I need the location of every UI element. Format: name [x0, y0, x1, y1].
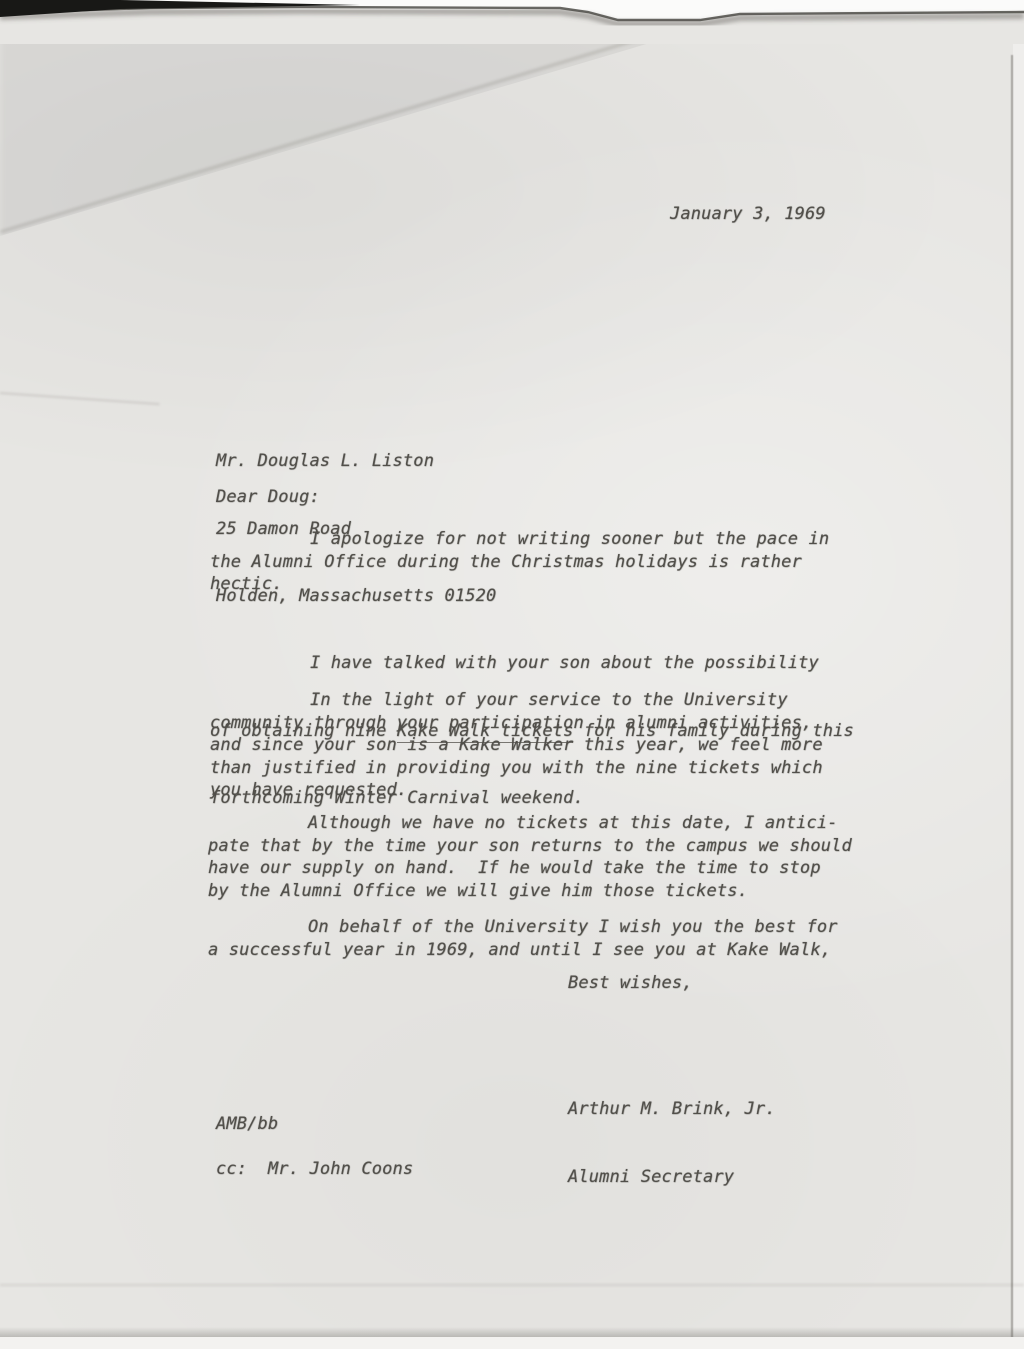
paper-bottom-edge: [0, 1337, 1024, 1349]
body-paragraph-4: Although we have no tickets at this date…: [208, 812, 888, 902]
body-paragraph-1: I apologize for not writing sooner but t…: [210, 528, 890, 596]
salutation: Dear Doug:: [216, 486, 320, 509]
body-paragraph-3: In the light of your service to the Univ…: [210, 689, 890, 802]
signature-title: Alumni Secretary: [568, 1166, 776, 1189]
paragraph-2-line-1: I have talked with your son about the po…: [210, 652, 890, 675]
paper-right-edge-strip: [1013, 6, 1024, 1349]
complimentary-closing: Best wishes,: [568, 972, 693, 995]
cc-line: cc: Mr. John Coons: [216, 1158, 413, 1181]
signature-block: Arthur M. Brink, Jr. Alumni Secretary: [568, 1053, 776, 1233]
paper-bottom-shadow: [0, 1327, 1024, 1337]
recipient-name: Mr. Douglas L. Liston: [216, 450, 496, 473]
left-edge-crease: [0, 392, 160, 405]
letter-date: January 3, 1969: [670, 203, 826, 226]
paper-right-edge: [1011, 55, 1013, 1339]
page-fold-edge: [0, 0, 1024, 44]
body-paragraph-5: On behalf of the University I wish you t…: [208, 916, 888, 961]
typist-initials: AMB/bb: [216, 1113, 278, 1136]
scanned-letter: January 3, 1969 Mr. Douglas L. Liston 25…: [0, 0, 1024, 1349]
bottom-crease: [0, 1284, 1024, 1286]
signature-name: Arthur M. Brink, Jr.: [568, 1098, 776, 1121]
